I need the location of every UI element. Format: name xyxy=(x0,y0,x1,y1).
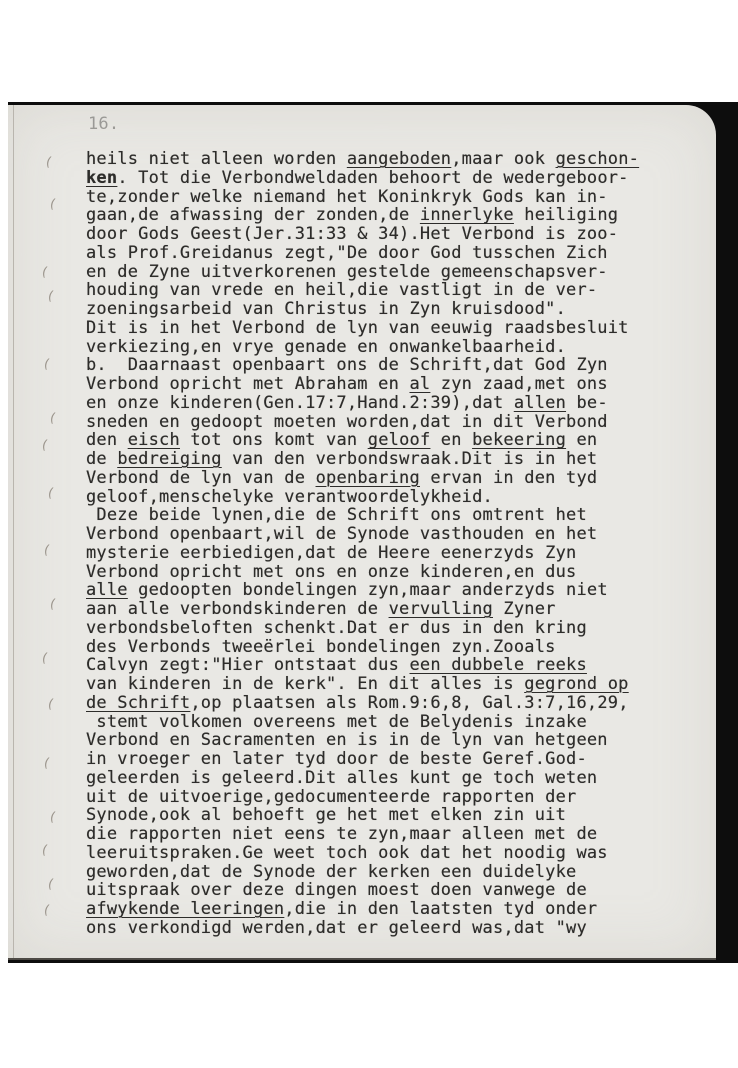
pencil-margin-mark: ( xyxy=(46,697,55,713)
typed-line: b. Daarnaast openbaart ons de Schrift,da… xyxy=(86,356,686,375)
pencil-margin-mark: ( xyxy=(40,265,49,281)
typed-line: verbondsbeloften schenkt.Dat er dus in d… xyxy=(86,619,686,638)
pencil-margin-mark: ( xyxy=(48,197,57,213)
typed-line: Verbond de lyn van de openbaring ervan i… xyxy=(86,469,686,488)
pencil-margin-mark: ( xyxy=(46,877,55,893)
typed-line: houding van vrede en heil,die vastligt i… xyxy=(86,281,686,300)
typed-line: geworden,dat de Synode der kerken een du… xyxy=(86,863,686,882)
typed-line: leeruitspraken.Ge weet toch ook dat het … xyxy=(86,844,686,863)
pencil-margin-mark: ( xyxy=(42,543,51,559)
typed-line: geloof,menschelyke verantwoordelykheid. xyxy=(86,488,686,507)
document-page: 16. ((((((((((((((((( heils niet alleen … xyxy=(8,105,716,960)
typed-line: Verbond en Sacramenten en is in de lyn v… xyxy=(86,731,686,750)
pencil-margin-mark: ( xyxy=(48,597,57,613)
typed-line: en onze kinderen(Gen.17:7,Hand.2:39),dat… xyxy=(86,394,686,413)
typed-line: ken. Tot die Verbondweldaden behoort de … xyxy=(86,169,686,188)
pencil-margin-mark: ( xyxy=(48,411,57,427)
pencil-margin-mark: ( xyxy=(44,155,53,171)
typed-line: aan alle verbondskinderen de vervulling … xyxy=(86,600,686,619)
typed-line: sneden en gedoopt moeten worden,dat in d… xyxy=(86,413,686,432)
typed-line: als Prof.Greidanus zegt,"De door God tus… xyxy=(86,244,686,263)
typed-line: en de Zyne uitverkorenen gestelde gemeen… xyxy=(86,263,686,282)
typed-line: heils niet alleen worden aangeboden,maar… xyxy=(86,150,686,169)
typed-line: afwykende leeringen,die in den laatsten … xyxy=(86,900,686,919)
scanned-document-screenshot: { "document": { "language": "Dutch", "ki… xyxy=(0,0,738,1068)
typed-line: Verbond opricht met Abraham en al zyn za… xyxy=(86,375,686,394)
page-number: 16. xyxy=(88,114,119,134)
typed-line: Dit is in het Verbond de lyn van eeuwig … xyxy=(86,319,686,338)
typed-line: uitspraak over deze dingen moest doen va… xyxy=(86,881,686,900)
pencil-margin-mark: ( xyxy=(40,438,49,454)
typed-line: Verbond openbaart,wil de Synode vasthoud… xyxy=(86,525,686,544)
typed-line: van kinderen in de kerk". En dit alles i… xyxy=(86,675,686,694)
typed-line: die rapporten niet eens te zyn,maar alle… xyxy=(86,825,686,844)
typed-line: alle gedoopten bondelingen zyn,maar ande… xyxy=(86,581,686,600)
pencil-margin-mark: ( xyxy=(40,651,49,667)
typed-line: Synode,ook al behoeft ge het met elken z… xyxy=(86,806,686,825)
typed-line: door Gods Geest(Jer.31:33 & 34).Het Verb… xyxy=(86,225,686,244)
typed-line: des Verbonds tweeërlei bondelingen zyn.Z… xyxy=(86,638,686,657)
pencil-margin-mark: ( xyxy=(40,843,49,859)
typed-line: Deze beide lynen,die de Schrift ons omtr… xyxy=(86,506,686,525)
typed-text-block: heils niet alleen worden aangeboden,maar… xyxy=(86,150,686,938)
typed-line: gaan,de afwassing der zonden,de innerlyk… xyxy=(86,206,686,225)
typed-line: de bedreiging van den verbondswraak.Dit … xyxy=(86,450,686,469)
typed-line: verkiezing,en vrye genade en onwankelbaa… xyxy=(86,338,686,357)
pencil-margin-mark: ( xyxy=(42,357,51,373)
typed-line: Calvyn zegt:"Hier ontstaat dus een dubbe… xyxy=(86,656,686,675)
typed-line: de Schrift,op plaatsen als Rom.9:6,8, Ga… xyxy=(86,694,686,713)
typed-line: in vroeger en later tyd door de beste Ge… xyxy=(86,750,686,769)
typed-line: geleerden is geleerd.Dit alles kunt ge t… xyxy=(86,769,686,788)
typed-line: uit de uitvoerige,gedocumenteerde rappor… xyxy=(86,788,686,807)
pencil-margin-mark: ( xyxy=(48,810,57,826)
pencil-margin-mark: ( xyxy=(46,289,55,305)
typed-line: mysterie eerbiedigen,dat de Heere eenerz… xyxy=(86,544,686,563)
pencil-margin-mark: ( xyxy=(46,486,55,502)
typed-line: ons verkondigd werden,dat er geleerd was… xyxy=(86,919,686,938)
typed-line: Verbond opricht met ons en onze kinderen… xyxy=(86,563,686,582)
pencil-margin-mark: ( xyxy=(42,756,51,772)
typed-line: zoeningsarbeid van Christus in Zyn kruis… xyxy=(86,300,686,319)
scanner-background: 16. ((((((((((((((((( heils niet alleen … xyxy=(8,102,738,963)
pencil-margin-mark: ( xyxy=(42,903,51,919)
typed-line: stemt volkomen overeens met de Belydenis… xyxy=(86,713,686,732)
typed-line: den eisch tot ons komt van geloof en bek… xyxy=(86,431,686,450)
typed-line: te,zonder welke niemand het Koninkryk Go… xyxy=(86,188,686,207)
margin-marks: ((((((((((((((((( xyxy=(8,105,78,958)
